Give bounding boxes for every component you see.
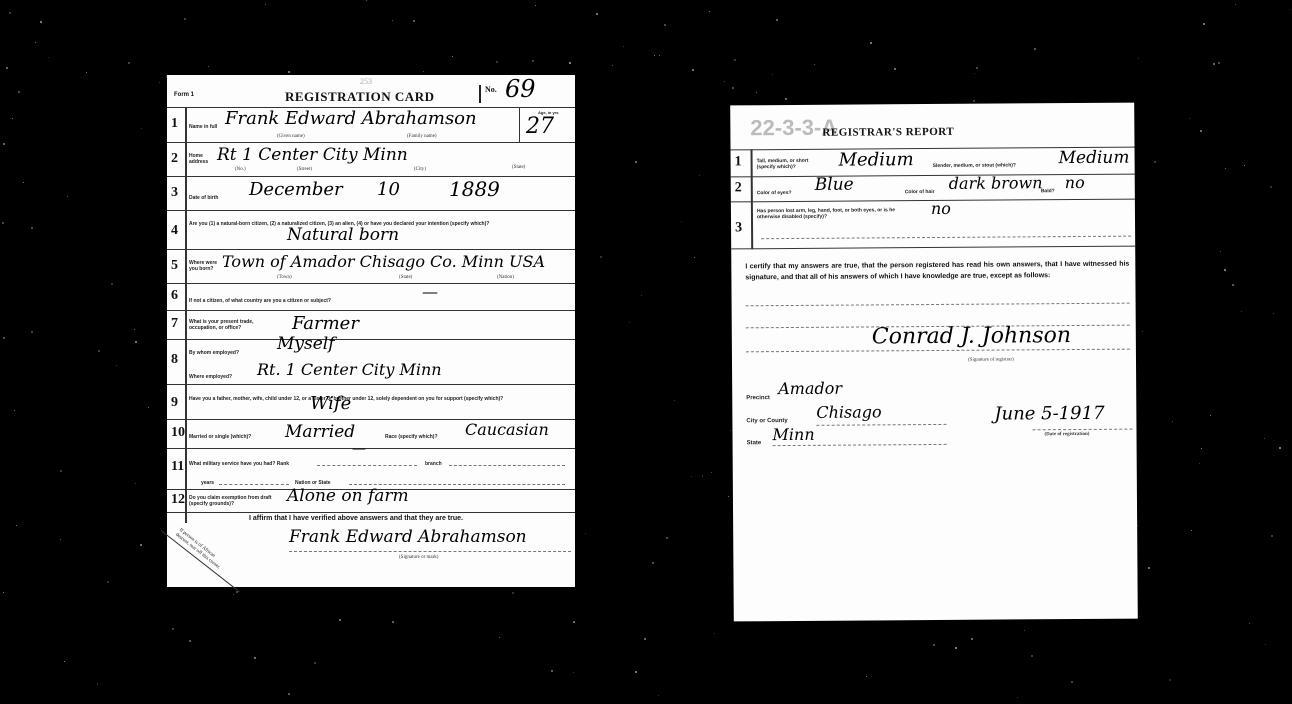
field-row-9: 9 Have you a father, mother, wife, child…	[167, 384, 575, 419]
field-number: 6	[171, 288, 178, 304]
field-number: 9	[171, 395, 178, 411]
military-rank-value: —	[352, 441, 366, 457]
dependents-value: Wife	[310, 393, 351, 414]
registration-date: June 5-1917	[994, 403, 1104, 425]
field-number: 3	[171, 185, 178, 201]
dotted-line	[773, 444, 947, 446]
field-label: By whom employed?	[189, 350, 239, 356]
dotted-line	[317, 465, 417, 466]
build-value: Medium	[1059, 148, 1130, 168]
registrar-caption: (Signature of registrar)	[968, 357, 1014, 362]
age-box: Age, in yrs 27	[519, 108, 574, 142]
field-label: Has person lost arm, leg, hand, foot, or…	[757, 207, 907, 220]
field-row-10: 10 Married or single (which)? Married Ra…	[167, 419, 575, 448]
field-row-6: 6 If not a citizen, of what country are …	[167, 283, 575, 310]
dotted-line	[449, 465, 565, 466]
field-number: 10	[171, 425, 185, 441]
years-label: years	[201, 480, 214, 486]
report-row-1: 1 Tall, medium, or short (specify which)…	[731, 147, 1135, 177]
employment-place-value: Rt. 1 Center City Minn	[257, 360, 442, 379]
report-title: REGISTRAR'S REPORT	[822, 126, 954, 139]
registrar-signature: Conrad J. Johnson	[872, 323, 1071, 349]
date-caption: (Date of registration)	[1044, 432, 1089, 437]
field-number: 2	[735, 180, 742, 196]
sub-caption: (City)	[414, 167, 426, 172]
height-value: Medium	[839, 149, 914, 171]
field-number: 8	[171, 352, 178, 368]
field-number: 5	[171, 258, 178, 274]
report-row-3: 3 Has person lost arm, leg, hand, foot, …	[731, 199, 1135, 250]
age-value: 27	[526, 114, 554, 139]
disability-value: no	[931, 199, 951, 218]
certification-text: I certify that my answers are true, that…	[745, 259, 1129, 284]
field-label: Do you claim exemption from draft (speci…	[189, 495, 279, 507]
precinct-value: Amador	[778, 379, 842, 398]
state-value: Minn	[772, 425, 814, 444]
field-number: 1	[171, 116, 178, 132]
corner-note: If person is of African descent, tear of…	[174, 528, 229, 574]
field-label-3: Bald?	[1041, 188, 1055, 194]
field-number: 2	[171, 151, 178, 167]
field-number: 3	[735, 220, 742, 236]
field-row-12: 12 Do you claim exemption from draft (sp…	[167, 489, 575, 513]
sub-caption: (Nation)	[497, 275, 514, 280]
card-title: REGISTRATION CARD	[285, 89, 434, 105]
birth-month-value: December	[249, 179, 343, 200]
field-label: Have you a father, mother, wife, child u…	[189, 388, 559, 410]
county-label: City or County	[746, 418, 787, 424]
field-row-7: 7 What is your present trade, occupation…	[167, 310, 575, 339]
dotted-line	[219, 484, 289, 485]
registrant-signature: Frank Edward Abrahamson	[289, 527, 527, 547]
field-label-2: Slender, medium, or stout (which)?	[933, 162, 1016, 169]
address-value: Rt 1 Center City Minn	[217, 145, 408, 165]
field-label: What military service have you had? Rank	[189, 461, 289, 467]
employer-value: Myself	[277, 334, 335, 354]
faint-mark: 253	[360, 77, 372, 86]
branch-label: branch	[425, 461, 442, 467]
field-row-11: 11 What military service have you had? R…	[167, 448, 575, 489]
field-row-8: 8 By whom employed? Myself Where employe…	[167, 339, 575, 384]
sub-caption: (No.)	[235, 167, 246, 172]
sub-caption: (Street)	[297, 167, 312, 172]
field-label-2: Where employed?	[189, 374, 232, 380]
sub-caption: (State)	[399, 275, 412, 280]
race-value: Caucasian	[465, 420, 549, 439]
birthplace-value: Town of Amador Chisago Co. Minn USA	[222, 252, 545, 271]
sub-caption: (Town)	[277, 275, 292, 280]
field-label: Home address	[189, 153, 215, 165]
dotted-line	[349, 484, 565, 485]
marital-status-value: Married	[285, 422, 355, 442]
field-row-1: 1 Name in full Frank Edward Abrahamson (…	[167, 107, 575, 142]
number-label-text: No.	[485, 85, 497, 94]
dotted-line	[1032, 429, 1132, 431]
tear-corner-line	[161, 530, 240, 592]
field-label: If not a citizen, of what country are yo…	[189, 298, 331, 304]
eye-color-value: Blue	[815, 175, 854, 195]
hair-color-value: dark brown	[949, 173, 1043, 193]
precinct-label: Precinct	[746, 395, 770, 401]
birth-year-value: 1889	[449, 177, 500, 201]
field-row-5: 5 Where were you born? Town of Amador Ch…	[167, 249, 575, 283]
sub-caption: (State)	[512, 165, 525, 170]
signature-caption: (Signature or mark)	[399, 555, 438, 560]
foreign-citizenship-value: —	[422, 282, 438, 301]
field-label: Where were you born?	[189, 260, 219, 272]
sub-caption: (Given name)	[277, 134, 305, 139]
field-label: Tall, medium, or short (specify which)?	[757, 158, 827, 170]
field-number: 4	[171, 223, 178, 239]
dotted-line	[746, 349, 1130, 353]
registrar-report-card: 22-3-3-A REGISTRAR'S REPORT 1 Tall, medi…	[730, 103, 1138, 622]
registration-card: Form 1 253 REGISTRATION CARD No. 69 1 Na…	[167, 75, 575, 587]
field-row-3: 3 Date of birth December 10 1889	[167, 176, 575, 210]
field-row-4: 4 Are you (1) a natural-born citizen, (2…	[167, 210, 575, 249]
field-label: Married or single (which)?	[189, 434, 251, 440]
field-label-2: Color of hair	[905, 189, 935, 195]
field-number: 1	[735, 154, 742, 170]
field-label: Date of birth	[189, 195, 218, 201]
sub-caption: (Family name)	[407, 134, 437, 139]
affirmation-text: I affirm that I have verified above answ…	[249, 515, 463, 522]
field-number: 7	[171, 316, 178, 332]
citizenship-value: Natural born	[287, 225, 399, 245]
field-number: 11	[171, 459, 184, 475]
dotted-line	[816, 424, 946, 426]
card-number: 69	[505, 75, 536, 103]
report-row-2: 2 Color of eyes? Blue Color of hair dark…	[731, 174, 1135, 202]
field-label: Name in full	[189, 124, 217, 130]
form-label: Form 1	[174, 92, 194, 98]
name-value: Frank Edward Abrahamson	[225, 108, 477, 129]
signature-line	[289, 551, 571, 552]
birth-day-value: 10	[377, 179, 400, 200]
dotted-line	[761, 236, 1131, 240]
field-row-2: 2 Home address Rt 1 Center City Minn (No…	[167, 142, 575, 176]
field-number: 12	[171, 492, 185, 508]
state-label: State	[747, 440, 762, 446]
exemption-value: Alone on farm	[287, 486, 409, 506]
field-label: What is your present trade, occupation, …	[189, 319, 259, 331]
occupation-value: Farmer	[292, 313, 359, 334]
number-label: No.	[479, 85, 497, 103]
field-label-2: Race (specify which)?	[385, 434, 438, 440]
field-label: Color of eyes?	[757, 190, 792, 196]
dotted-line	[746, 303, 1130, 307]
county-value: Chisago	[816, 402, 881, 421]
bald-value: no	[1065, 173, 1085, 192]
